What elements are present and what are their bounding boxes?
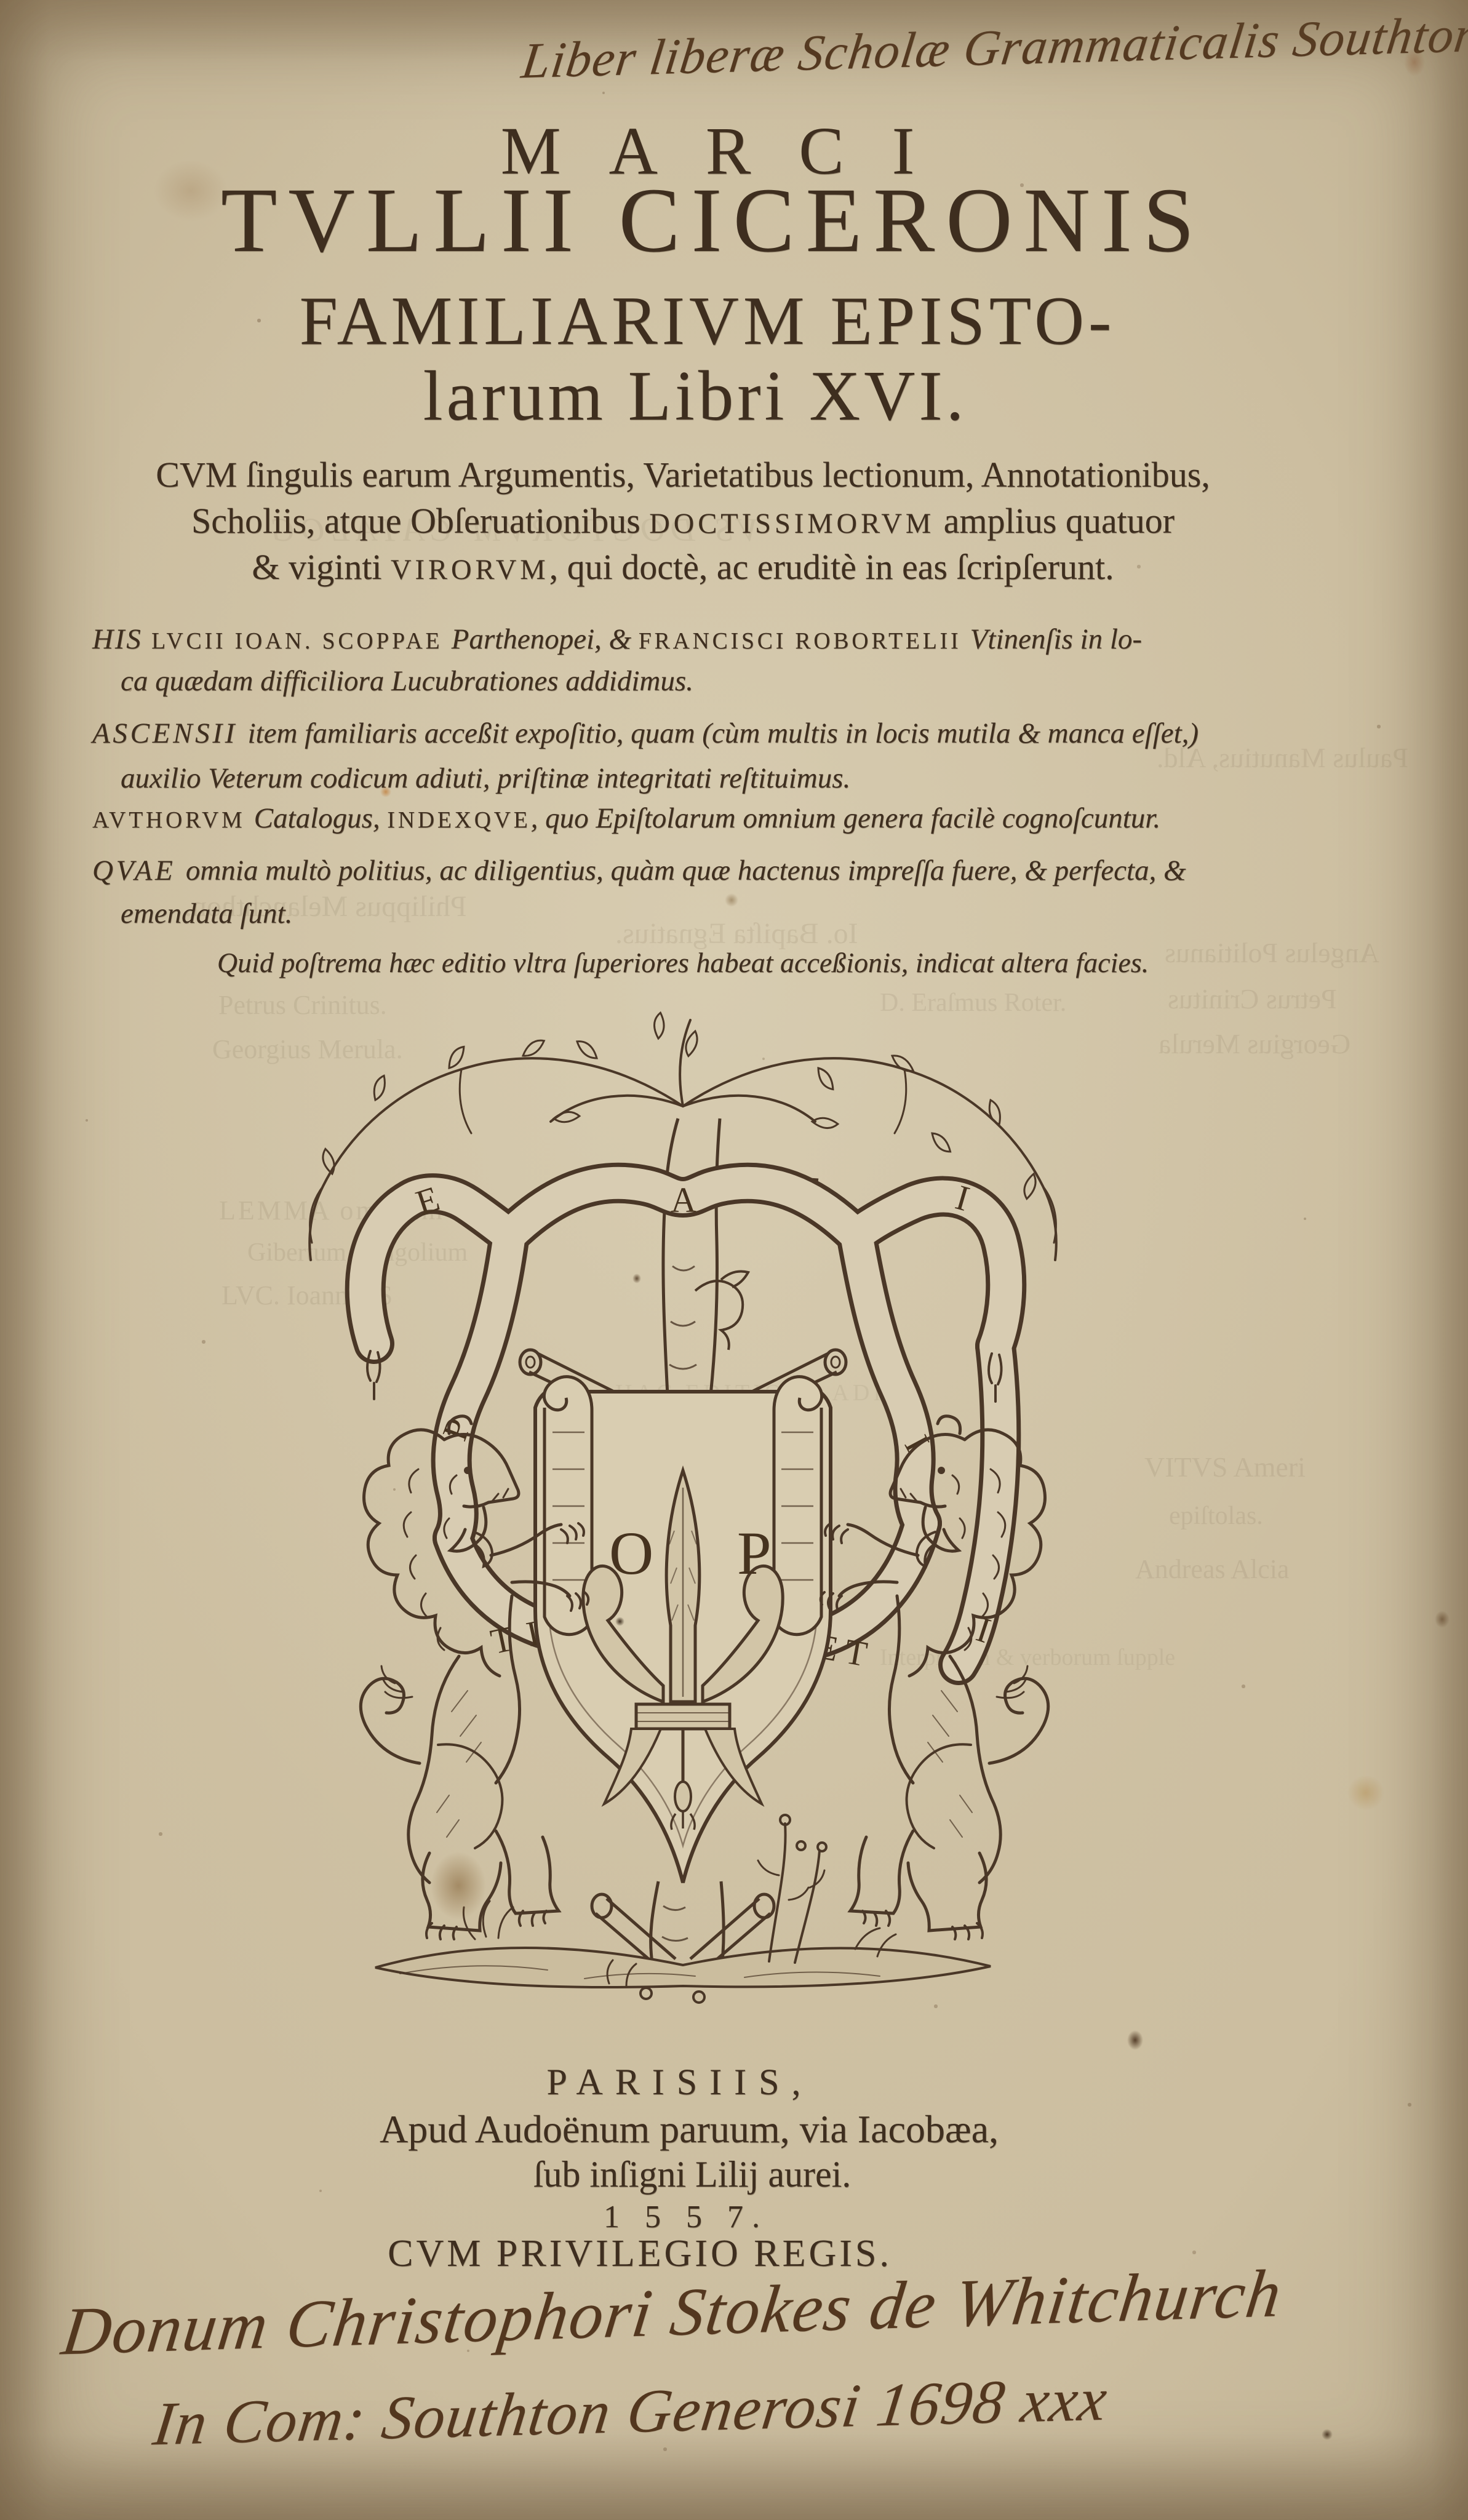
paragraph-1-line-3: & viginti VIRORVM, qui doctè, ac eruditè… [80, 546, 1286, 588]
text-segment: Parthenopei, & [452, 623, 639, 655]
paper-stain [1127, 2030, 1143, 2050]
ghost-fragment: Petrus Crinitus [1168, 983, 1337, 1015]
text-segment: HIS [92, 623, 151, 655]
text-segment-caps: VIRORVM [391, 554, 549, 586]
shield-letter-p: P [737, 1519, 772, 1587]
paragraph-1-line-2: Scholiis, atque Obſeruationibus DOCTISSI… [80, 500, 1286, 541]
paragraph-5-line-1: QVAE omnia multò politius, ac diligentiu… [92, 854, 1186, 887]
text-segment: Catalogus, [254, 802, 388, 834]
shield-letter-o: O [609, 1519, 653, 1587]
title-line-larum-libri: larum Libri XVI. [0, 356, 1390, 437]
text-segment: Vtinenſis in lo- [970, 623, 1142, 655]
text-segment-caps: LVCII IOAN. SCOPPAE [151, 629, 452, 654]
paragraph-4-line-1: AVTHORVM Catalogus, INDEXQVE, quo Epiſto… [92, 802, 1160, 835]
text-segment-caps: FRANCISCI ROBORTELII [639, 629, 970, 654]
text-segment: Scholiis, atque Obſeruationibus [191, 501, 649, 541]
text-segment: omnia multò politius, ac diligentius, qu… [186, 855, 1186, 887]
text-segment: amplius quatuor [935, 501, 1175, 541]
shield: O P [535, 1377, 831, 1883]
top-ownership-inscription: Liber liberæ Scholæ Grammaticalis Southt… [519, 5, 1468, 90]
ribbon-letter-a: A [671, 1180, 696, 1220]
paragraph-2-line-1: HIS LVCII IOAN. SCOPPAE Parthenopei, & F… [92, 623, 1142, 656]
text-segment-caps: INDEXQVE [387, 808, 530, 833]
paragraph-1-line-1: CVM ſingulis earum Argumentis, Varietati… [80, 454, 1286, 495]
scanned-title-page: { "inscription_top": "Liber liberæ Schol… [0, 0, 1468, 2520]
paper-stain [1347, 1775, 1384, 1811]
text-segment-caps: QVAE [92, 855, 186, 887]
paper-stain [1435, 1611, 1450, 1628]
title-line-familiarium-episto: FAMILIARIVM EPISTO- [0, 282, 1415, 361]
text-segment-caps: AVTHORVM [92, 808, 254, 833]
paragraph-3-line-2: auxilio Veterum codicum adiuti, priſtinæ… [121, 762, 850, 795]
printers-device-woodcut: E A I P I TIT PET I [265, 1002, 1187, 2017]
text-segment: & viginti [252, 547, 391, 587]
text-segment: , quo Epiſtolarum omnium genera facilè c… [531, 802, 1160, 834]
text-segment-caps: ASCENSII [92, 717, 247, 749]
text-segment-caps: DOCTISSIMORVM [649, 508, 935, 540]
imprint-place: PARISIIS, [0, 2061, 1360, 2103]
imprint-year: 1 5 5 7. [0, 2199, 1372, 2235]
ghost-fragment: Io. Bapiſta Egnatius. [615, 917, 858, 951]
paragraph-6-line-1: Quid poſtrema hæc editio vltra ſuperiore… [80, 946, 1286, 979]
bottom-ownership-inscription-line-2: In Com: Southton Generosi 1698 xxx [150, 2363, 1112, 2459]
paragraph-2-line-2: ca quædam difficiliora Lucubrationes add… [121, 664, 693, 698]
text-segment: , qui doctè, ac eruditè in eas ſcripſeru… [549, 547, 1114, 587]
paper-specks [0, 0, 1, 1]
paper-stain [725, 893, 738, 907]
imprint-publisher: Apud Audoënum paruum, via Iacobæa, [0, 2107, 1378, 2152]
paper-stain [1322, 2429, 1333, 2440]
paragraph-5-line-2: emendata ſunt. [121, 897, 292, 930]
paragraph-3-line-1: ASCENSII item familiaris acceßit expoſit… [92, 717, 1199, 750]
title-line-tullii-ciceronis: TVLLII CICERONIS [0, 167, 1415, 273]
text-segment: item familiaris acceßit expoſitio, quam … [247, 717, 1199, 749]
imprint-sign: ſub inſigni Lilij aurei. [0, 2153, 1384, 2196]
vine-foliage [309, 1012, 1056, 1260]
